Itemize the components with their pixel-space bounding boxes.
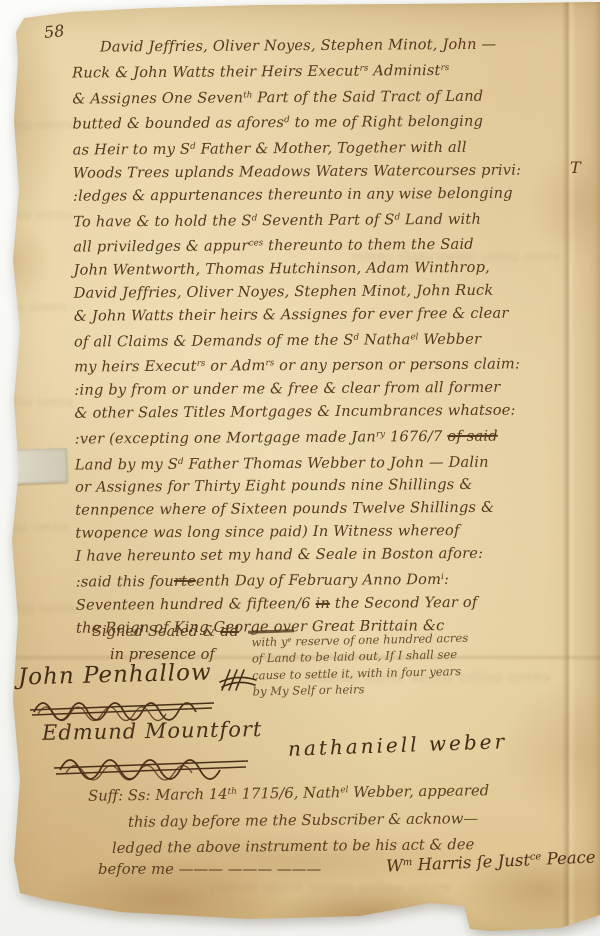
manuscript-page: enmo uellns omwe snule onmes enmo uellns… — [0, 0, 600, 936]
text-run: & other Sales Titles Mortgages & Incumbr… — [74, 402, 515, 422]
signing-clause: Signed Sealed & ddin presence of — [92, 620, 239, 666]
text-run: : — [444, 571, 449, 588]
text-line: all priviledges & appurces thereunto to … — [73, 231, 565, 260]
text-line: tennpence where of Sixteen pounds Twelve… — [75, 497, 567, 523]
bleed-through-text: enmo uellns omwe snule onmes — [3, 395, 73, 410]
superscript: ces — [249, 239, 264, 249]
paper-sheet: enmo uellns omwe snule onmes enmo uellns… — [0, 0, 600, 936]
text-run: of all Claims & Demands of me the S — [74, 331, 354, 350]
crossed-out-scribble-icon — [52, 750, 252, 782]
text-run: ledged the above instrument to be his ac… — [112, 836, 475, 857]
text-run: & Assignes One Seven — [72, 89, 243, 107]
text-run: David Jeffries, Oliver Noyes, Stephen Mi… — [74, 282, 494, 302]
text-run: the Second Year of — [330, 594, 478, 612]
text-run: To have & to hold the S — [73, 212, 252, 230]
text-line: Woods Trees uplands Meadows Waters Water… — [73, 159, 565, 185]
superscript: th — [243, 90, 252, 100]
text-run: :ver (excepting one Mortgage made Jan — [75, 428, 376, 447]
text-line: & John Watts their heirs & Assignes for … — [74, 302, 566, 328]
text-line: David Jeffries, Oliver Noyes, Stephen Mi… — [74, 279, 566, 305]
attestation-line: before me ——— ——— ——— — [98, 861, 321, 878]
text-line: David Jeffries, Oliver Noyes, Stephen Mi… — [72, 33, 564, 59]
struck-text: in — [316, 595, 331, 612]
text-run: enth Day of February Anno Dom — [196, 571, 441, 590]
text-run: Land by my S — [75, 456, 178, 474]
bleed-through-text: enmo uellns omwe snule onmes — [0, 118, 72, 133]
text-run: Webber — [418, 330, 481, 347]
text-run: or Adm — [205, 358, 265, 375]
grantor-signature-webber: nathaniell weber — [288, 729, 508, 761]
margin-letter-mark: T — [570, 158, 581, 177]
text-line: Land by my Sd Father Thomas Webber to Jo… — [75, 448, 567, 477]
text-run: by My Self or heirs — [252, 682, 364, 698]
text-run: Signed Sealed & — [92, 623, 220, 640]
text-line: Ruck & John Watts their Heirs Executrs A… — [72, 56, 564, 85]
text-line: Seventeen hundred & fifteen/6 in the Sec… — [76, 591, 568, 617]
text-run: or any person or persons claim: — [274, 356, 520, 375]
text-line: my heirs Executrs or Admrs or any person… — [74, 351, 566, 380]
struck-text: dd — [220, 623, 239, 640]
text-line: or Assignes for Thirty Eight pounds nine… — [75, 474, 567, 500]
text-line: :ver (excepting one Mortgage made Janry … — [75, 422, 567, 451]
text-run: W — [386, 856, 404, 876]
struck-text: rte — [174, 573, 196, 590]
text-line: & Assignes One Seventh Part of the Said … — [72, 82, 564, 111]
witness-signature-penhallow: John Penhallow — [18, 659, 212, 690]
text-run: Part of the Said Tract of Land — [252, 87, 483, 106]
text-run: Suff: Ss: March 14 — [88, 786, 228, 805]
bleed-through-text: enmo uellns omwe snule onmes — [0, 520, 68, 535]
text-run: I have hereunto set my hand & Seale in B… — [75, 545, 483, 565]
text-run: Peace — [541, 847, 596, 868]
bleed-through-text: enmo uellns omwe snule onmes — [2, 602, 76, 617]
text-run: Land with — [400, 210, 481, 228]
text-line: John Wentworth, Thomas Hutchinson, Adam … — [73, 256, 565, 282]
text-run: Harris ſe Just — [412, 850, 530, 874]
text-run: butted & bounded as afores — [72, 114, 284, 132]
superscript: rs — [266, 359, 275, 369]
text-run: :ledges & appurtenances thereunto in any… — [73, 184, 513, 204]
text-run: Ruck & John Watts their Heirs Execut — [72, 62, 360, 81]
superscript: rs — [360, 64, 369, 74]
attestation-line: Suff: Ss: March 14th 1715/6, Nathel Webb… — [88, 782, 489, 805]
text-run: Webber, appeared — [348, 782, 489, 801]
superscript: th — [228, 787, 237, 797]
text-run: Seventeen hundred & fifteen/6 — [76, 595, 316, 614]
text-run: & John Watts their heirs & Assignes for … — [74, 305, 509, 325]
text-run: before me ——— ——— ——— — [98, 861, 321, 878]
text-run: 1715/6, Nath — [237, 784, 341, 802]
superscript: rs — [441, 63, 450, 73]
text-run: Woods Trees uplands Meadows Waters Water… — [73, 161, 521, 181]
text-line: twopence was long since paid) In Witness… — [75, 520, 567, 546]
text-run: cause to settle it, with in four years — [252, 664, 461, 682]
text-line: of all Claims & Demands of me the Sd Nat… — [74, 325, 566, 354]
text-run: Natha — [359, 331, 410, 348]
text-run: as Heir to my S — [73, 141, 191, 159]
attestation-line: ledged the above instrument to be his ac… — [112, 836, 475, 857]
text-run: 1676/7 — [385, 428, 447, 445]
text-run: this day before me the Subscriber & ackn… — [128, 810, 478, 831]
text-line: To have & to hold the Sd Seventh Part of… — [73, 205, 565, 234]
text-run: or Assignes for Thirty Eight pounds nine… — [75, 476, 473, 496]
struck-text: of said — [447, 428, 498, 445]
reservation-note: with ye reserve of one hundred acresof L… — [251, 626, 582, 701]
superscript: rs — [197, 359, 206, 369]
bleed-through-text: enmo uellns omwe snule onmes — [2, 208, 72, 223]
text-run: Father Thomas Webber to John — Dalin — [184, 453, 489, 472]
text-run: my heirs Execut — [74, 358, 197, 376]
text-run: all priviledges & appur — [73, 238, 248, 256]
text-run: Father & Mother, Together with all — [196, 139, 467, 158]
signature-flourish-icon — [218, 668, 258, 694]
text-line: & other Sales Titles Mortgages & Incumbr… — [74, 399, 566, 425]
text-line: as Heir to my Sd Father & Mother, Togeth… — [73, 133, 565, 162]
page-number: 58 — [43, 21, 65, 42]
text-run: Administ — [368, 62, 440, 80]
attestation-line: this day before me the Subscriber & ackn… — [128, 810, 478, 831]
text-run: with y — [251, 635, 287, 650]
text-run: John Wentworth, Thomas Hutchinson, Adam … — [73, 259, 490, 279]
text-run: thereunto to them the Said — [263, 236, 474, 254]
bleed-through-text: enmo uellns omwe snule onmes — [150, 878, 450, 896]
text-line: :ing by from or under me & free & clear … — [74, 376, 566, 402]
text-run: reserve of one hundred acres — [292, 631, 469, 649]
text-run: :ing by from or under me & free & clear … — [74, 379, 500, 399]
text-run: twopence was long since paid) In Witness… — [75, 522, 459, 542]
deed-body-text: David Jeffries, Oliver Noyes, Stephen Mi… — [72, 33, 568, 640]
text-run: David Jeffries, Oliver Noyes, Stephen Mi… — [100, 36, 496, 56]
text-run: to me of Right belonging — [290, 113, 483, 131]
scan-background: enmo uellns omwe snule onmes enmo uellns… — [0, 0, 600, 936]
text-run: :said this fou — [76, 573, 174, 591]
text-line: butted & bounded as aforesd to me of Rig… — [72, 108, 564, 137]
text-line: :said this fourteenth Day of February An… — [76, 565, 568, 594]
text-run: Seventh Part of S — [257, 211, 394, 229]
witness-signature-mountfort: Edmund Mountfort — [42, 717, 263, 745]
text-run: tennpence where of Sixteen pounds Twelve… — [75, 499, 494, 519]
bleed-through-text: enmo uellns omwe snule onmes — [0, 300, 66, 315]
repair-patch — [14, 448, 67, 484]
text-line: Signed Sealed & dd — [92, 620, 239, 643]
text-line: :ledges & appurtenances thereunto in any… — [73, 182, 565, 208]
text-line: I have hereunto set my hand & Seale in B… — [75, 542, 567, 568]
